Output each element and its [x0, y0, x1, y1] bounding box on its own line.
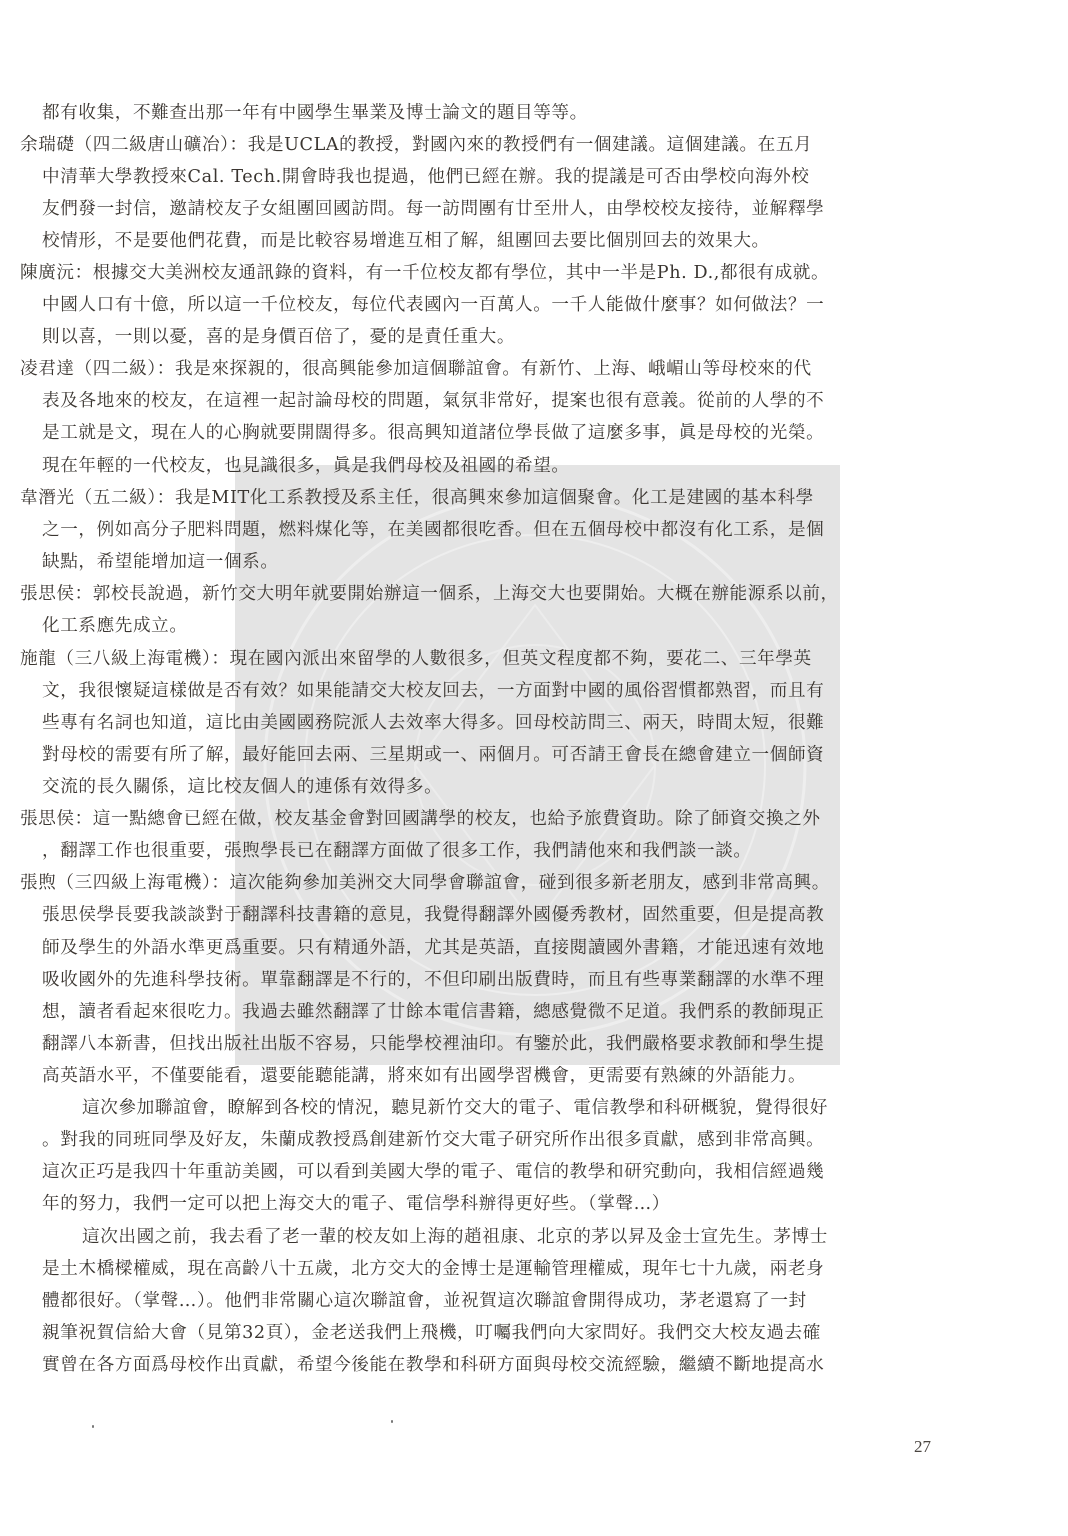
- text-line: ，翻譯工作也很重要，張煦學長已在翻譯方面做了很多工作，我們請他來和我們談一談。: [42, 840, 752, 862]
- text-line: 中國人口有十億，所以這一千位校友，每位代表國內一百萬人。一千人能做什麼事？如何做…: [42, 294, 824, 316]
- speaker-line: 凌君達（四二級）：我是來探親的，很高興能參加這個聯誼會。有新竹、上海、峨嵋山等母…: [20, 358, 812, 380]
- text-line: 張思侯學長要我談談對于翻譯科技書籍的意見，我覺得翻譯外國優秀教材，固然重要，但是…: [42, 904, 824, 926]
- speaker-line: 張思侯：這一點總會已經在做，校友基金會對回國講學的校友，也給予旅費資助。除了師資…: [20, 808, 821, 830]
- text-line: 吸收國外的先進科學技術。單靠翻譯是不行的，不但印刷出版費時，而且有些專業翻譯的水…: [42, 969, 824, 991]
- text-line: 想，讀者看起來很吃力。我過去雖然翻譯了廿餘本電信書籍，總感覺微不足道。我們系的教…: [42, 1001, 824, 1023]
- text-line: 友們發一封信，邀請校友子女組團回國訪問。每一訪問團有廿至卅人，由學校校友接待，並…: [42, 198, 824, 220]
- speaker-line: 施龍（三八級上海電機）：現在國內派出來留學的人數很多，但英文程度都不夠，要花二、…: [20, 648, 812, 670]
- text-line: 年的努力，我們一定可以把上海交大的電子、電信學科辦得更好些。（掌聲…）: [42, 1193, 670, 1215]
- text-line: 都有收集，不難查出那一年有中國學生畢業及博士論文的題目等等。: [42, 102, 588, 124]
- text-line: 些專有名詞也知道，這比由美國國務院派人去效率大得多。回母校訪問三、兩天，時間太短…: [42, 712, 824, 734]
- text-line: 表及各地來的校友，在這裡一起討論母校的問題，氣氛非常好，提案也很有意義。從前的人…: [42, 390, 824, 412]
- text-line: 。對我的同班同學及好友，朱蘭成教授爲創建新竹交大電子研究所作出很多貢獻，感到非常…: [42, 1129, 824, 1151]
- text-line: 親筆祝賀信給大會（見第32頁），金老送我們上飛機，叮囑我們向大家問好。我們交大校…: [42, 1322, 821, 1344]
- text-line: 這次參加聯誼會，瞭解到各校的情況，聽見新竹交大的電子、電信教學和科研概貌，覺得很…: [82, 1097, 828, 1119]
- speaker-line: 張思侯：郭校長說過，新竹交大明年就要開始辦這一個系，上海交大也要開始。大概在辦能…: [20, 583, 839, 605]
- text-line: 文，我很懷疑這樣做是否有效？如果能請交大校友回去，一方面對中國的風俗習慣都熟習，…: [42, 680, 824, 702]
- text-line: 現在年輕的一代校友，也見識很多，眞是我們母校及祖國的希望。: [42, 455, 570, 477]
- text-line: 是土木橋樑權威，現在高齡八十五歲，北方交大的金博士是運輸管理權威，現年七十九歲，…: [42, 1258, 824, 1280]
- text-line: 是工就是文，現在人的心胸就要開闊得多。很高興知道諸位學長做了這麼多事，眞是母校的…: [42, 422, 824, 444]
- speaker-line: 余瑞礎（四二級唐山礦冶）：我是UCLA的教授，對國內來的教授們有一個建議。這個建…: [20, 134, 812, 156]
- speaker-line: 張煦（三四級上海電機）：這次能夠參加美洲交大同學會聯誼會，碰到很多新老朋友，感到…: [20, 872, 830, 894]
- text-line: 化工系應先成立。: [42, 615, 188, 637]
- speaker-line: 陳廣沅：根據交大美洲校友通訊錄的資料，有一千位校友都有學位，其中一半是Ph. D…: [20, 262, 829, 284]
- text-line: 這次正巧是我四十年重訪美國，可以看到美國大學的電子、電信的教學和研究動向，我相信…: [42, 1161, 824, 1183]
- text-line: 校情形，不是要他們花費，而是比較容易增進互相了解，組團回去要比個別回去的效果大。: [42, 230, 770, 252]
- text-line: 中清華大學教授來Cal. Tech.開會時我也提過，他們已經在辦。我的提議是可否…: [42, 166, 810, 188]
- text-line: 高英語水平，不僅要能看，還要能聽能講，將來如有出國學習機會，更需要有熟練的外語能…: [42, 1065, 806, 1087]
- text-line: 翻譯八本新書，但找出版社出版不容易，只能學校裡油印。有鑒於此，我們嚴格要求教師和…: [42, 1033, 824, 1055]
- page-number: 27: [914, 1437, 931, 1457]
- speaker-line: 韋潛光（五二級）：我是MIT化工系教授及系主任，很高興來參加這個聚會。化工是建國…: [20, 487, 814, 509]
- text-line: 則以喜，一則以憂，喜的是身價百倍了，憂的是責任重大。: [42, 326, 515, 348]
- text-line: 實曾在各方面爲母校作出貢獻，希望今後能在教學和科研方面與母校交流經驗，繼續不斷地…: [42, 1354, 824, 1376]
- text-line: 體都很好。（掌聲…）。他們非常關心這次聯誼會，並祝賀這次聯誼會開得成功，茅老還寫…: [42, 1290, 807, 1312]
- text-line: 師及學生的外語水準更爲重要。只有精通外語，尤其是英語，直接閱讀國外書籍，才能迅速…: [42, 937, 824, 959]
- text-line: 對母校的需要有所了解，最好能回去兩、三星期或一、兩個月。可否請王會長在總會建立一…: [42, 744, 824, 766]
- scan-speck: [391, 1420, 393, 1423]
- text-line: 這次出國之前，我去看了老一輩的校友如上海的趙祖康、北京的茅以昇及金士宣先生。茅博…: [82, 1226, 828, 1248]
- text-line: 缺點，希望能增加這一個系。: [42, 551, 279, 573]
- text-line: 交流的長久關係，這比校友個人的連係有效得多。: [42, 776, 442, 798]
- scan-speck: [92, 1425, 94, 1428]
- text-line: 之一，例如高分子肥料問題，燃料煤化等，在美國都很吃香。但在五個母校中都沒有化工系…: [42, 519, 824, 541]
